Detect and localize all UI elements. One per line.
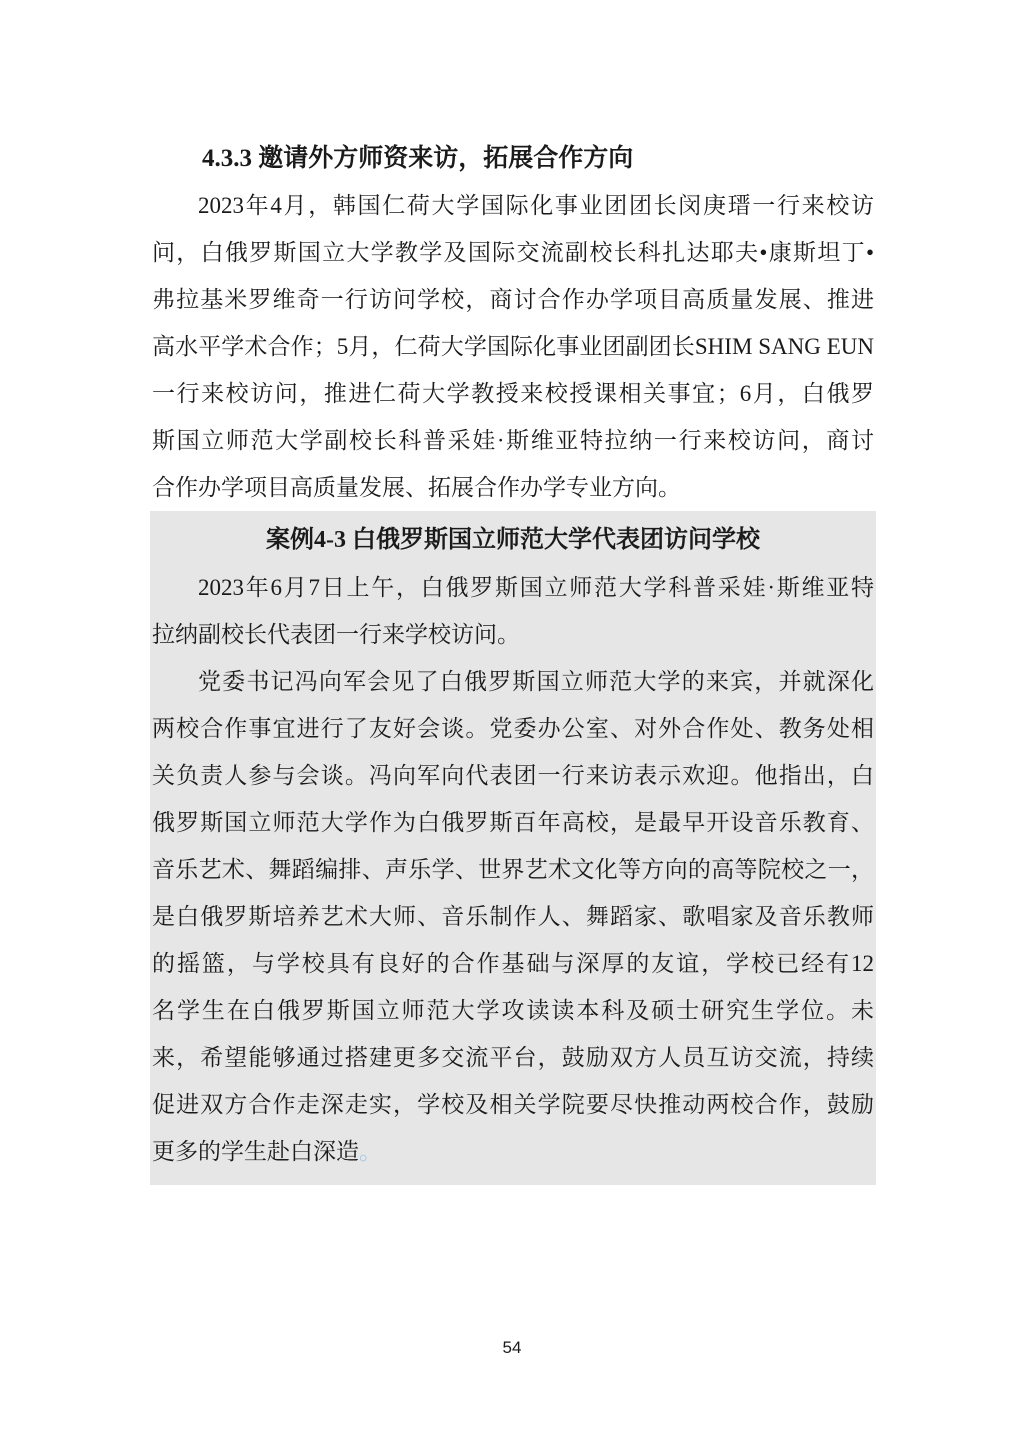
case-paragraph-1: 2023年6月7日上午，白俄罗斯国立师范大学科普采娃·斯维亚特 拉纳副校长代表团… <box>152 564 874 658</box>
text-line: 拉纳副校长代表团一行来学校访问。 <box>152 611 874 658</box>
text-line: 俄罗斯国立师范大学作为白俄罗斯百年高校，是最早开设音乐教育、 <box>152 799 874 846</box>
text-line: 来，希望能够通过搭建更多交流平台，鼓励双方人员互访交流，持续 <box>152 1034 874 1081</box>
final-period-highlighted: 。 <box>359 1139 382 1164</box>
text-line: 两校合作事宜进行了友好会谈。党委办公室、对外合作处、教务处相 <box>152 705 874 752</box>
text-line: 高水平学术合作；5月，仁荷大学国际化事业团副团长SHIM SANG EUN <box>152 323 874 370</box>
text-line: 是白俄罗斯培养艺术大师、音乐制作人、舞蹈家、歌唱家及音乐教师 <box>152 893 874 940</box>
text-line-final: 更多的学生赴白深造。 <box>152 1128 874 1175</box>
text-line: 关负责人参与会谈。冯向军向代表团一行来访表示欢迎。他指出，白 <box>152 752 874 799</box>
text-line: 2023年6月7日上午，白俄罗斯国立师范大学科普采娃·斯维亚特 <box>152 564 874 611</box>
text-line: 音乐艺术、舞蹈编排、声乐学、世界艺术文化等方向的高等院校之一， <box>152 846 874 893</box>
intro-paragraph: 2023年4月，韩国仁荷大学国际化事业团团长闵庚瑨一行来校访 问，白俄罗斯国立大… <box>152 182 874 511</box>
text-line: 一行来校访问，推进仁荷大学教授来校授课相关事宜；6月，白俄罗 <box>152 370 874 417</box>
case-paragraph-2: 党委书记冯向军会见了白俄罗斯国立师范大学的来宾，并就深化 两校合作事宜进行了友好… <box>152 658 874 1175</box>
document-content-column: 4.3.3 邀请外方师资来访，拓展合作方向 2023年4月，韩国仁荷大学国际化事… <box>152 136 874 1185</box>
text-line: 问，白俄罗斯国立大学教学及国际交流副校长科扎达耶夫•康斯坦丁• <box>152 229 874 276</box>
section-heading: 4.3.3 邀请外方师资来访，拓展合作方向 <box>152 136 874 182</box>
text-line: 党委书记冯向军会见了白俄罗斯国立师范大学的来宾，并就深化 <box>152 658 874 705</box>
text-line: 名学生在白俄罗斯国立师范大学攻读读本科及硕士研究生学位。未 <box>152 987 874 1034</box>
case-box-title: 案例4-3 白俄罗斯国立师范大学代表团访问学校 <box>152 517 874 564</box>
text-line: 弗拉基米罗维奇一行访问学校，商讨合作办学项目高质量发展、推进 <box>152 276 874 323</box>
case-study-box: 案例4-3 白俄罗斯国立师范大学代表团访问学校 2023年6月7日上午，白俄罗斯… <box>150 511 876 1185</box>
text-line: 的摇篮，与学校具有良好的合作基础与深厚的友谊，学校已经有12 <box>152 940 874 987</box>
text-line: 促进双方合作走深走实，学校及相关学院要尽快推动两校合作，鼓励 <box>152 1081 874 1128</box>
page-number: 54 <box>0 1338 1024 1364</box>
final-line-text: 更多的学生赴白深造 <box>152 1139 359 1164</box>
text-line: 合作办学项目高质量发展、拓展合作办学专业方向。 <box>152 464 874 511</box>
text-line: 斯国立师范大学副校长科普采娃·斯维亚特拉纳一行来校访问，商讨 <box>152 417 874 464</box>
text-line: 2023年4月，韩国仁荷大学国际化事业团团长闵庚瑨一行来校访 <box>152 182 874 229</box>
